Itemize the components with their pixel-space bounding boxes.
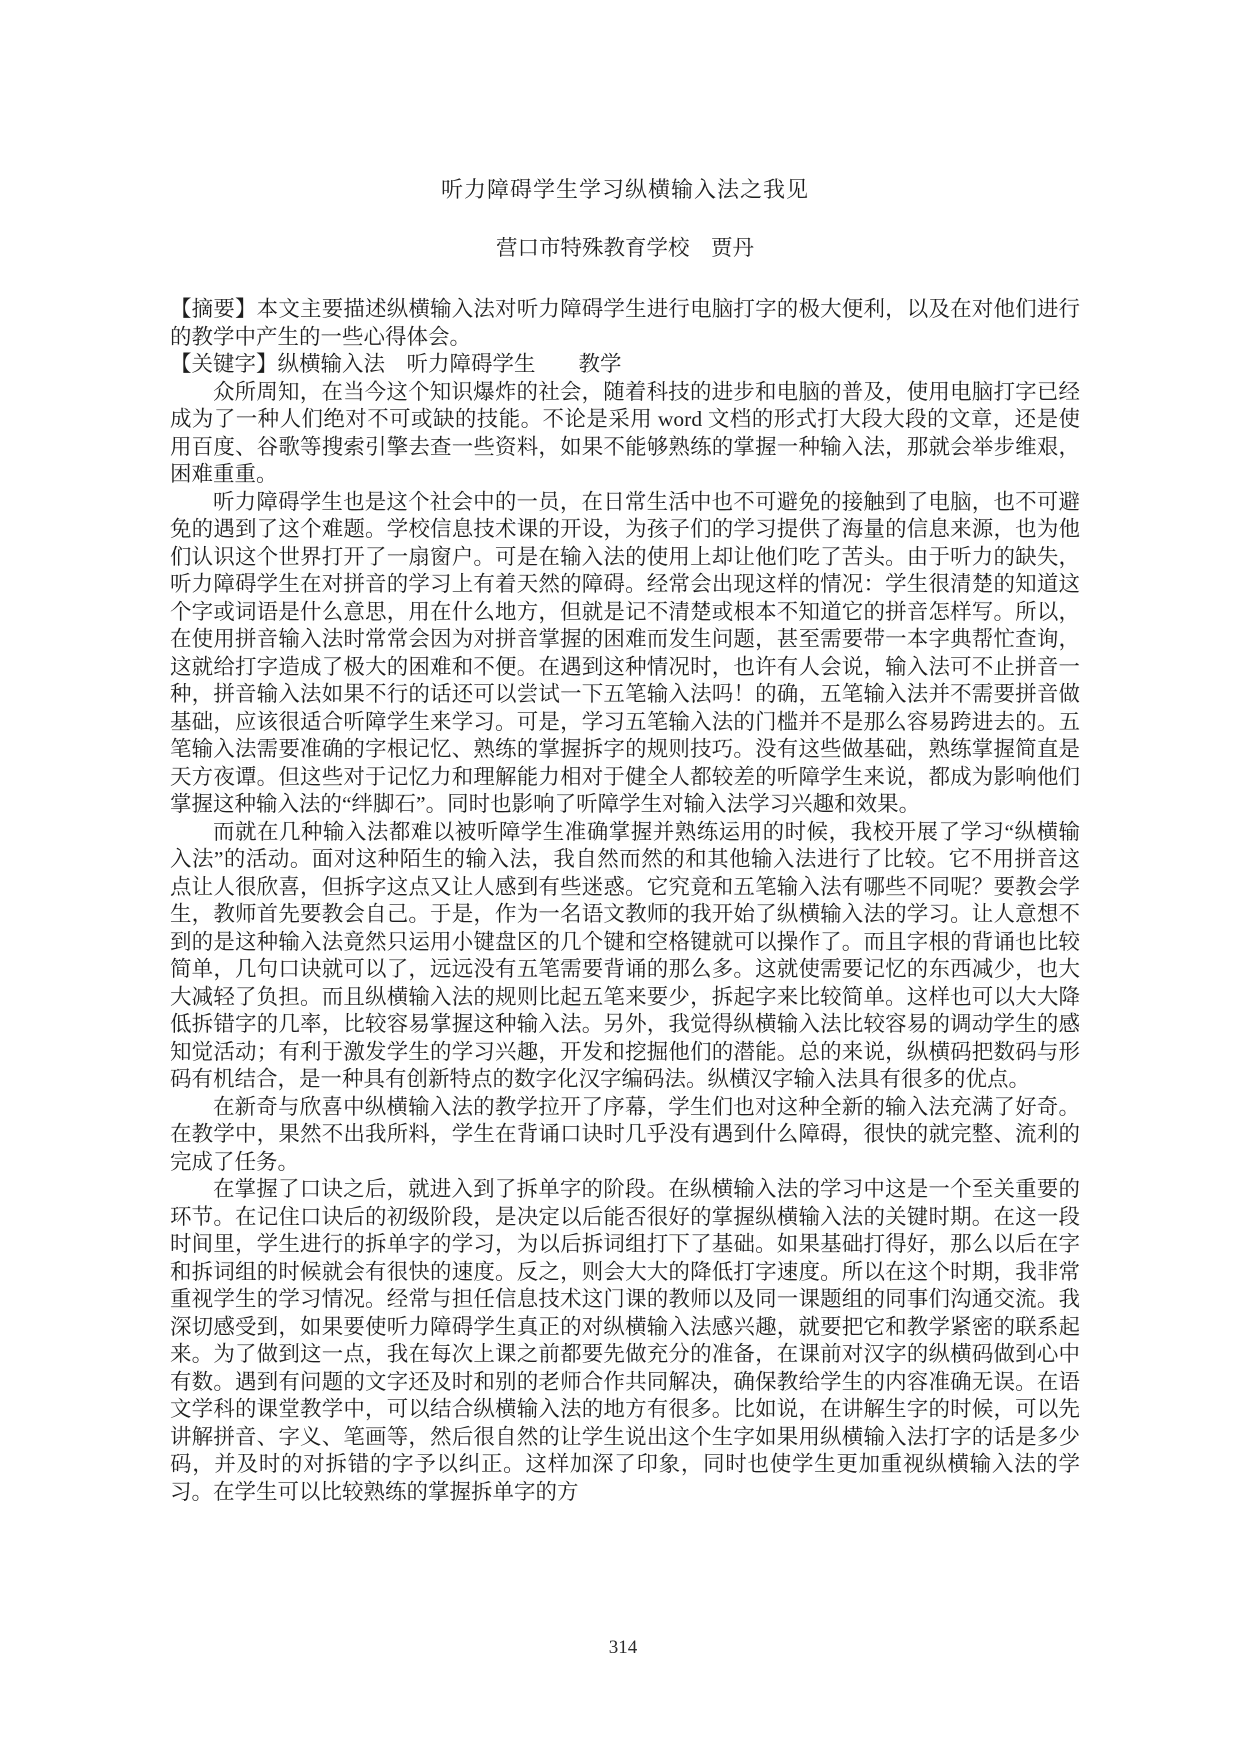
author-line: 营口市特殊教育学校 贾丹	[170, 234, 1080, 262]
abstract-paragraph: 【摘要】本文主要描述纵横输入法对听力障碍学生进行电脑打字的极大便利，以及在对他们…	[170, 296, 1080, 351]
document-page: 听力障碍学生学习纵横输入法之我见 营口市特殊教育学校 贾丹 【摘要】本文主要描述…	[0, 0, 1246, 1763]
body-paragraph: 而就在几种输入法都难以被听障学生准确掌握并熟练运用的时候，我校开展了学习“纵横输…	[170, 819, 1080, 1094]
page-title: 听力障碍学生学习纵横输入法之我见	[170, 176, 1080, 204]
body-paragraph: 众所周知，在当今这个知识爆炸的社会，随着科技的进步和电脑的普及，使用电脑打字已经…	[170, 379, 1080, 489]
body-paragraph: 听力障碍学生也是这个社会中的一员，在日常生活中也不可避免的接触到了电脑，也不可避…	[170, 489, 1080, 819]
page-number: 314	[0, 1636, 1246, 1660]
body-paragraph: 在新奇与欣喜中纵横输入法的教学拉开了序幕，学生们也对这种全新的输入法充满了好奇。…	[170, 1094, 1080, 1177]
body-paragraph: 在掌握了口诀之后，就进入到了拆单字的阶段。在纵横输入法的学习中这是一个至关重要的…	[170, 1176, 1080, 1506]
keywords-line: 【关键字】纵横输入法 听力障碍学生 教学	[170, 351, 1080, 379]
document-content: 听力障碍学生学习纵横输入法之我见 营口市特殊教育学校 贾丹 【摘要】本文主要描述…	[170, 176, 1080, 1506]
